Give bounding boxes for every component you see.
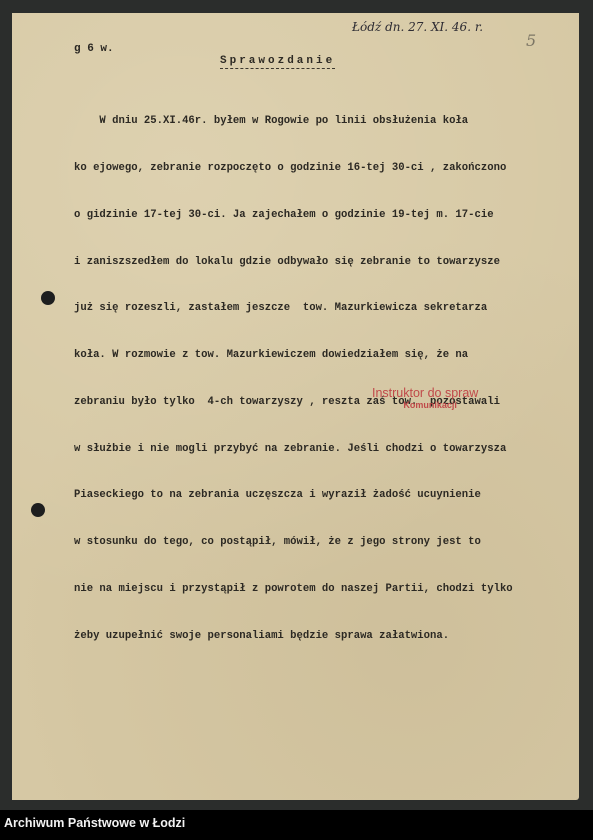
archive-caption: Archiwum Państwowe w Łodzi: [4, 816, 185, 830]
body-line: w stosunku do tego, co postąpił, mówił, …: [74, 535, 574, 551]
body-line: i zaniszszedłem do lokalu gdzie odbywało…: [74, 255, 574, 271]
scan-background: g 6 w. Łódź dn. 27. XI. 46. r. 5 Sprawoz…: [0, 0, 593, 810]
document-page: g 6 w. Łódź dn. 27. XI. 46. r. 5 Sprawoz…: [12, 13, 579, 800]
stamp-line-1: Instruktor do spraw: [372, 386, 478, 400]
punch-hole-icon: [31, 503, 45, 517]
body-line: ko ejowego, zebranie rozpoczęto o godzin…: [74, 161, 574, 177]
punch-hole-icon: [41, 291, 55, 305]
body-line: Piaseckiego to na zebrania uczęszcza i w…: [74, 488, 574, 504]
body-line: zebraniu było tylko 4-ch towarzyszy , re…: [74, 395, 574, 411]
body-line: nie na miejscu i przystąpił z powrotem d…: [74, 582, 574, 598]
document-title: Sprawozdanie: [220, 55, 335, 69]
document-body: W dniu 25.XI.46r. byłem w Rogowie po lin…: [74, 83, 574, 676]
handwritten-date: Łódź dn. 27. XI. 46. r.: [352, 20, 483, 34]
body-line: W dniu 25.XI.46r. byłem w Rogowie po lin…: [74, 114, 574, 130]
body-line: w służbie i nie mogli przybyć na zebrani…: [74, 442, 574, 458]
body-line: już się rozeszli, zastałem jeszcze tow. …: [74, 301, 574, 317]
body-line: o gidzinie 17-tej 30-ci. Ja zajechałem o…: [74, 208, 574, 224]
body-line: żeby uzupełnić swoje personaliami będzie…: [74, 629, 574, 645]
reference-mark: g 6 w.: [74, 43, 114, 55]
body-line: koła. W rozmowie z tow. Mazurkiewiczem d…: [74, 348, 574, 364]
official-stamp: Instruktor do spraw Komunikacji: [372, 386, 478, 410]
stamp-line-2: Komunikacji: [382, 400, 478, 410]
page-number: 5: [526, 31, 536, 50]
